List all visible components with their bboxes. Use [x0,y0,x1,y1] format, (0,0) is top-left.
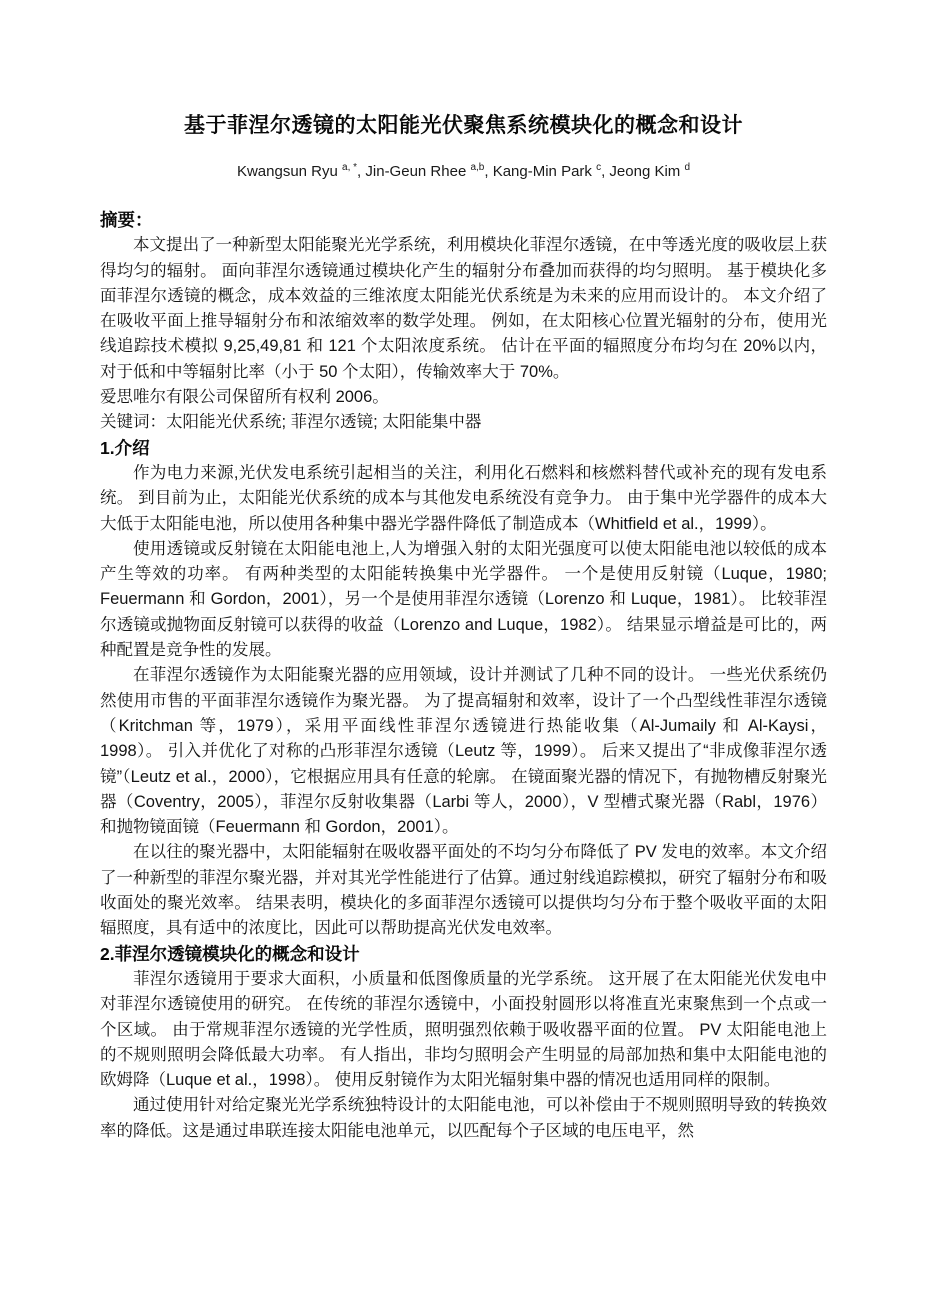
author: Kang-Min Park c, [493,163,610,180]
author-affiliation-superscript: a,b [470,162,484,173]
paper-title: 基于菲涅尔透镜的太阳能光伏聚焦系统模块化的概念和设计 [100,110,827,142]
abstract-heading: 摘要： [100,208,827,233]
copyright-line: 爱思唯尔有限公司保留所有权利 2006。 [100,385,827,410]
author-name: Jeong Kim [609,163,684,180]
author-name: Kwangsun Ryu [237,163,342,180]
document-body: 摘要： 本文提出了一种新型太阳能聚光光学系统，利用模块化菲涅尔透镜，在中等透光度… [100,208,827,1144]
author: Jin-Geun Rhee a,b, [365,163,492,180]
section-1-paragraph: 作为电力来源,光伏发电系统引起相当的关注，利用化石燃料和核燃料替代或补充的现有发… [100,461,827,537]
author-line: Kwangsun Ryu a, *, Jin-Geun Rhee a,b, Ka… [100,162,827,182]
section-1-paragraph: 在菲涅尔透镜作为太阳能聚光器的应用领域，设计并测试了几种不同的设计。 一些光伏系… [100,663,827,840]
author: Kwangsun Ryu a, *, [237,163,365,180]
section-1-heading: 1.介绍 [100,436,827,461]
keywords-line: 关键词：太阳能光伏系统; 菲涅尔透镜; 太阳能集中器 [100,410,827,435]
author-affiliation-superscript: a, * [342,162,357,173]
section-1-paragraph: 在以往的聚光器中，太阳能辐射在吸收器平面处的不均匀分布降低了 PV 发电的效率。… [100,840,827,941]
author-name: Kang-Min Park [493,163,596,180]
author-separator: , [484,163,492,180]
section-1-paragraph: 使用透镜或反射镜在太阳能电池上,人为增强入射的太阳光强度可以使太阳能电池以较低的… [100,537,827,663]
section-2-paragraph: 菲涅尔透镜用于要求大面积，小质量和低图像质量的光学系统。 这开展了在太阳能光伏发… [100,967,827,1093]
author: Jeong Kim d [609,163,690,180]
section-2-paragraph: 通过使用针对给定聚光光学系统独特设计的太阳能电池，可以补偿由于不规则照明导致的转… [100,1093,827,1144]
document-page: 基于菲涅尔透镜的太阳能光伏聚焦系统模块化的概念和设计 Kwangsun Ryu … [0,0,926,1309]
author-name: Jin-Geun Rhee [365,163,470,180]
section-2-heading: 2.菲涅尔透镜模块化的概念和设计 [100,942,827,967]
abstract-paragraph: 本文提出了一种新型太阳能聚光光学系统，利用模块化菲涅尔透镜，在中等透光度的吸收层… [100,233,827,385]
author-affiliation-superscript: d [684,162,690,173]
